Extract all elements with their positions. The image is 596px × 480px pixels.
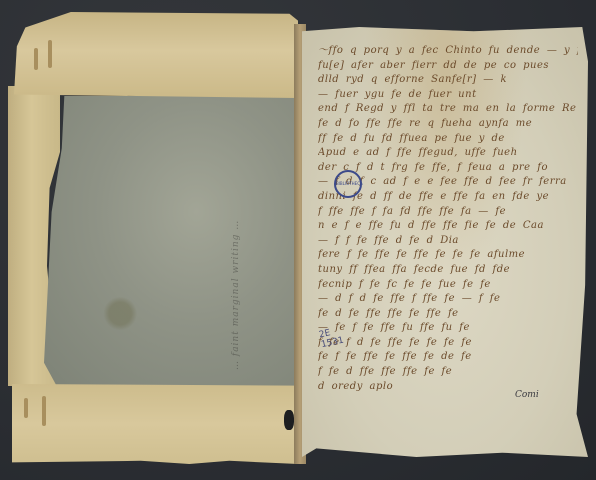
text-line: n e f e ffe fu d ffe ffe fie fe de Caa [318, 219, 578, 234]
text-line: f fe f d fe ffe fe fe fe fe [318, 336, 578, 351]
text-line: f fe d ffe ffe ffe fe fe [318, 365, 578, 380]
binding-tie-top-2 [48, 40, 52, 68]
gray-leaf-script: … faint marginal writing … [230, 140, 290, 370]
binding-tie-bottom-2 [42, 396, 46, 426]
bottom-annotation: Comi [515, 390, 539, 400]
text-line: tuny ff ffea ffa fecde fue fd fde [318, 263, 578, 278]
text-line: f ffe ffe f fa fd ffe ffe fa — fe [318, 205, 578, 220]
text-line: d oredy aplo [318, 380, 578, 395]
top-parchment-flap [14, 12, 298, 98]
text-line: ff fe d fu fd ffuea pe fue y de [318, 132, 578, 147]
text-line: Apud e ad f ffe ffegud, uffe fueh [318, 146, 578, 161]
parchment-tear [284, 410, 294, 430]
text-line: end f Regd y ffl ta tre ma en la forme R… [318, 102, 578, 117]
text-line: — fuer ygu fe de fuer unt [318, 88, 578, 103]
binding-tie-bottom-1 [24, 398, 28, 418]
text-line: — f f fe ffe d fe d Dia [318, 234, 578, 249]
binding-tie-top-1 [34, 48, 38, 70]
text-line: fe f fe ffe fe ffe fe de fe [318, 350, 578, 365]
text-line: fu[e] afer aber fierr dd de pe co pues [318, 59, 578, 74]
library-stamp-icon: BIBLIOTHECA [334, 170, 362, 198]
handwritten-text-block: ～ffo q porq y a fec Chinto fu dende — y … [318, 44, 578, 414]
text-line: — fe f fe ffe fu ffe fu fe [318, 321, 578, 336]
text-line: fecnip f fe fc fe fe fue fe fe [318, 278, 578, 293]
text-line: fere f fe ffe fe ffe fe fe fe afulme [318, 248, 578, 263]
bottom-parchment-flap [12, 384, 298, 464]
text-line: — d f d fe ffe f ffe fe — f fe [318, 292, 578, 307]
text-line: fe d fo ffe ffe re q fueha aynfa me [318, 117, 578, 132]
text-line: dlld ryd q efforne Sanfe[r] — k [318, 73, 578, 88]
text-line: ～ffo q porq y a fec Chinto fu dende — y … [318, 44, 578, 59]
text-line: fe d fe ffe ffe fe ffe fe [318, 307, 578, 322]
